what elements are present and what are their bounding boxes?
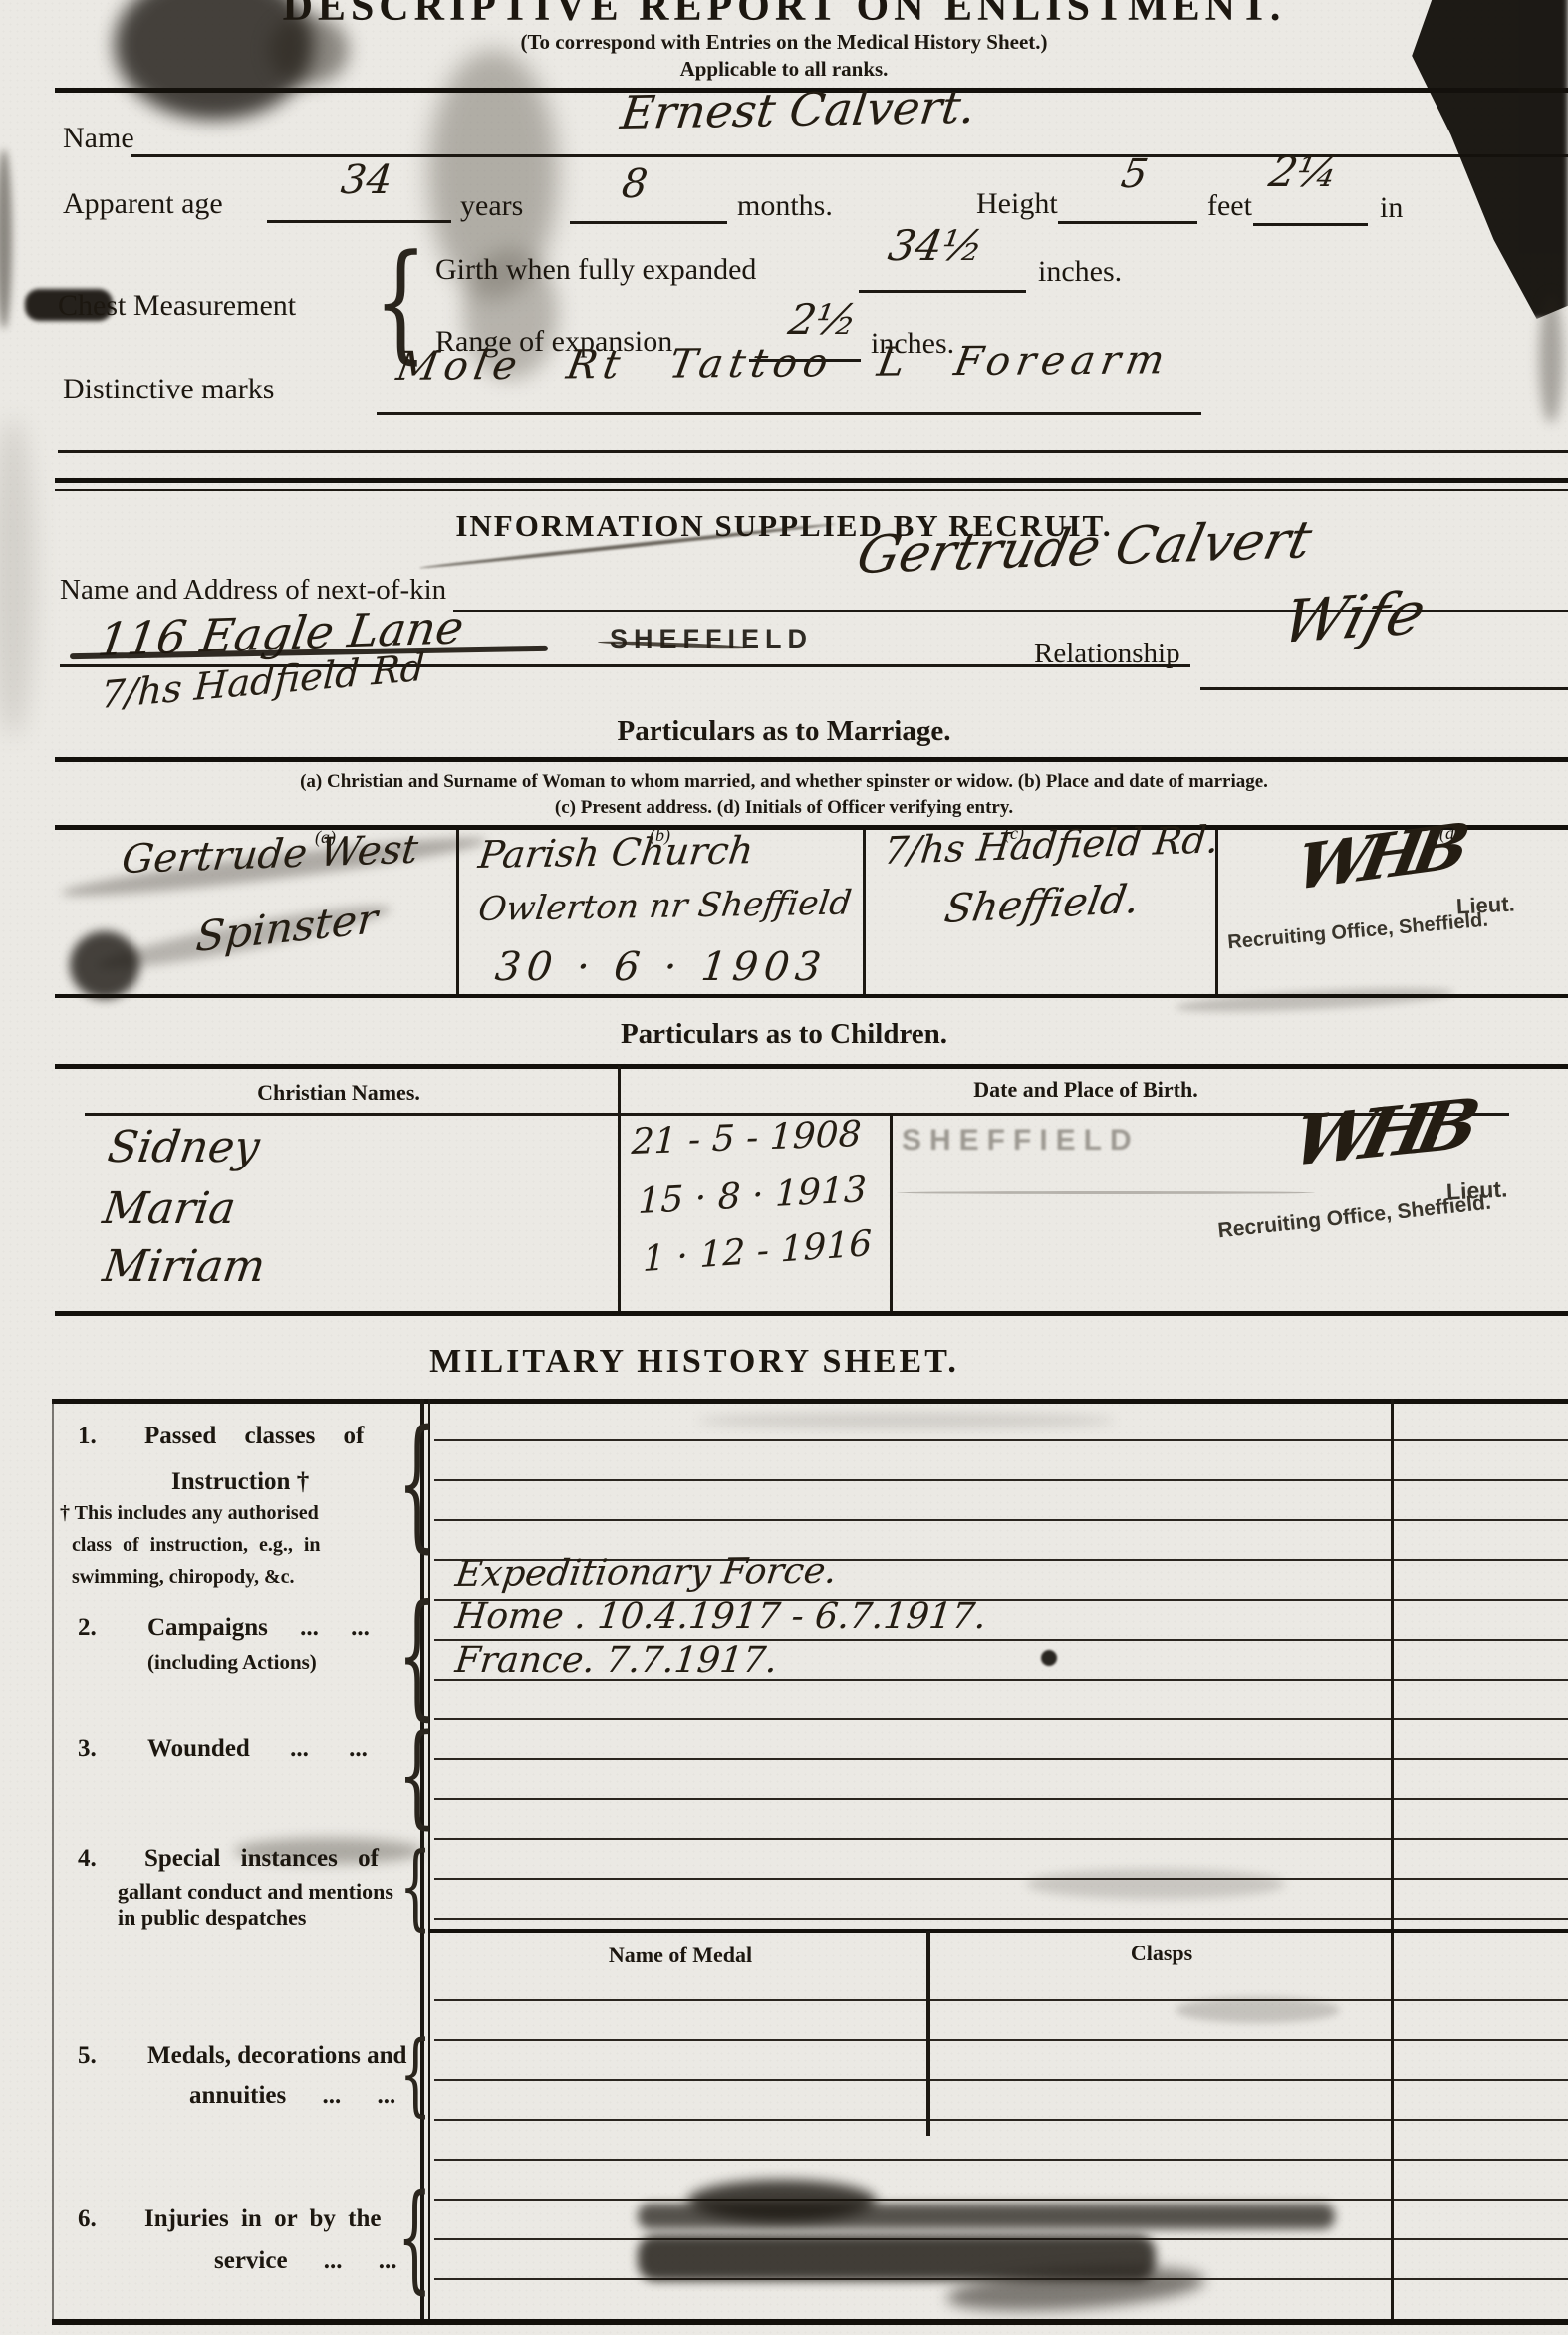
- marks-label: Distinctive marks: [63, 373, 274, 406]
- range-value: 2½: [785, 295, 861, 344]
- item5-num: 5.: [78, 2042, 97, 2070]
- military-bottom-rule: [52, 2319, 1568, 2325]
- form-subtitle: (To correspond with Entries on the Medic…: [0, 30, 1568, 55]
- military-left-border: [52, 1399, 54, 2323]
- item3-label: Wounded ... ...: [147, 1735, 368, 1763]
- rule: [55, 1064, 1568, 1069]
- campaign-entry: France. 7.7.1917.: [453, 1640, 779, 1681]
- item1-label2: Instruction †: [171, 1468, 309, 1496]
- marriage-title: Particulars as to Marriage.: [0, 715, 1568, 748]
- ink-dot: [1041, 1650, 1057, 1666]
- marks-value: Mole Rt Tattoo L Forearm: [393, 337, 1174, 389]
- faint-dashed-line: [897, 1191, 1315, 1194]
- ruled-line: [434, 1999, 1568, 2001]
- military-right-divider: [1391, 1399, 1394, 2323]
- relationship-value: Wife: [1275, 579, 1433, 657]
- form-title: DESCRIPTIVE REPORT ON ENLISTMENT.: [0, 0, 1568, 31]
- months-label: months.: [737, 189, 833, 223]
- footnote-line3: swimming, chiropody, &c.: [72, 1566, 295, 1589]
- child-birth: 21 - 5 - 1908: [631, 1114, 862, 1163]
- item4-brace: {: [399, 1841, 431, 1934]
- rule: [55, 994, 1568, 998]
- child-name: Sidney: [105, 1122, 263, 1172]
- item1-num: 1.: [78, 1423, 97, 1450]
- item1-brace: {: [397, 1411, 436, 1554]
- feet-label: feet: [1207, 189, 1252, 223]
- years-label: years: [460, 189, 523, 223]
- marriage-date: 30 · 6 · 1903: [493, 944, 829, 990]
- item4-num: 4.: [78, 1845, 97, 1873]
- marriage-wife-name: Gertrude West: [120, 827, 420, 883]
- ruled-line: [434, 1838, 1568, 1840]
- campaign-entry: Expeditionary Force.: [453, 1551, 839, 1595]
- item6-num: 6.: [78, 2205, 97, 2233]
- children-title: Particulars as to Children.: [0, 1018, 1568, 1051]
- rule: [55, 489, 1568, 491]
- age-years-line: [267, 220, 451, 223]
- scan-corner-tail: [1539, 294, 1563, 423]
- girth-value: 34½: [885, 221, 987, 270]
- faint-ghost-text: [697, 1413, 1116, 1428]
- ruled-line: [434, 1798, 1568, 1800]
- faint-stamp-remnant: [1026, 1869, 1285, 1899]
- item5-label: Medals, decorations and: [147, 2042, 406, 2070]
- ruled-line: [434, 2039, 1568, 2041]
- item6-label2: service ... ...: [214, 2247, 397, 2275]
- enlistment-form-scan: DESCRIPTIVE REPORT ON ENLISTMENT. (To co…: [0, 0, 1568, 2335]
- medal-name-header: Name of Medal: [434, 1943, 926, 1968]
- girth-line: [859, 290, 1026, 293]
- rule: [55, 757, 1568, 762]
- item4-label3: in public despatches: [118, 1905, 307, 1931]
- child-name: Miriam: [100, 1241, 268, 1292]
- campaign-entry: Home . 10.4.1917 - 6.7.1917.: [453, 1596, 988, 1637]
- child-name: Maria: [100, 1183, 239, 1234]
- age-months-line: [570, 221, 727, 224]
- item2-label2: (including Actions): [147, 1650, 317, 1675]
- medal-table-top-rule: [428, 1929, 1568, 1933]
- name-label: Name: [63, 122, 134, 155]
- child-birth: 1 · 12 - 1916: [643, 1223, 872, 1280]
- item6-brace: {: [397, 2180, 432, 2297]
- children-date-divider: [890, 1114, 893, 1313]
- ruled-line: [434, 1718, 1568, 1720]
- marks-line: [377, 412, 1201, 415]
- ruled-line: [434, 2119, 1568, 2121]
- marriage-wife-status: Spinster: [194, 895, 379, 961]
- height-feet-line: [1058, 221, 1197, 224]
- item3-num: 3.: [78, 1735, 97, 1763]
- ruled-line: [434, 1758, 1568, 1760]
- ruled-line: [434, 2159, 1568, 2161]
- marriage-col-divider: [456, 830, 459, 996]
- chest-label: Chest Measurement: [58, 289, 296, 323]
- children-col-divider: [618, 1066, 621, 1313]
- footnote-line1: † This includes any authorised: [60, 1502, 319, 1525]
- girth-label: Girth when fully expanded: [435, 253, 756, 287]
- ruled-line: [434, 1439, 1568, 1441]
- ruled-line: [434, 2079, 1568, 2081]
- ruled-line: [434, 1918, 1568, 1920]
- marriage-note2: (c) Present address. (d) Initials of Off…: [0, 797, 1568, 819]
- footnote-line2: class of instruction, e.g., in: [72, 1534, 321, 1557]
- height-inches-value: 2¼: [1265, 147, 1343, 196]
- item4-label: Special instances of: [144, 1845, 379, 1873]
- item2-label: Campaigns ... ...: [147, 1614, 370, 1642]
- rule: [52, 1399, 1568, 1404]
- ink-blot: [70, 931, 139, 999]
- item6-label: Injuries in or by the: [144, 2205, 381, 2233]
- rule: [55, 478, 1568, 483]
- item4-label2: gallant conduct and mentions: [118, 1879, 393, 1905]
- item1-label: Passed classes of: [144, 1423, 364, 1450]
- marriage-note1: (a) Christian and Surname of Woman to wh…: [0, 771, 1568, 793]
- girth-unit: inches.: [1038, 255, 1122, 289]
- item3-brace: {: [397, 1719, 436, 1831]
- relationship-line: [1200, 687, 1568, 690]
- rule: [55, 1311, 1568, 1316]
- edge-mark: [0, 418, 35, 737]
- recruiting-office-stamp: Recruiting Office, Sheffield.: [1216, 1191, 1491, 1244]
- military-title: MILITARY HISTORY SHEET.: [0, 1343, 1478, 1381]
- ruled-line: [434, 2199, 1568, 2201]
- sheffield-stamp: SHEFFIELD: [610, 624, 813, 654]
- blackout-smear: [638, 2204, 1335, 2229]
- age-years-value: 34: [339, 157, 394, 203]
- height-inches-line: [1253, 223, 1368, 226]
- marriage-address-2: Sheffield.: [941, 877, 1143, 932]
- item5-label2: annuities ... ...: [189, 2082, 395, 2110]
- height-feet-value: 5: [1118, 151, 1152, 197]
- recruiting-office-stamp: Recruiting Office, Sheffield.: [1226, 909, 1488, 955]
- marriage-place-2: Owlerton nr Sheffield: [476, 883, 854, 929]
- form-subtitle2: Applicable to all ranks.: [0, 57, 1568, 82]
- item5-brace: {: [399, 2030, 431, 2120]
- child-birth: 15 · 8 · 1913: [638, 1169, 867, 1222]
- ruled-line: [434, 1479, 1568, 1481]
- relationship-label: Relationship: [1034, 638, 1180, 670]
- apparent-age-label: Apparent age: [63, 187, 223, 221]
- ruled-line: [434, 1519, 1568, 1521]
- edge-mark: [0, 149, 12, 329]
- recruit-section-title: INFORMATION SUPPLIED BY RECRUIT.: [0, 508, 1568, 544]
- item2-brace: {: [397, 1586, 436, 1722]
- item2-num: 2.: [78, 1614, 97, 1642]
- height-label: Height: [976, 187, 1058, 221]
- children-names-header: Christian Names.: [90, 1080, 588, 1106]
- marriage-col-divider: [863, 830, 866, 996]
- ruled-line: [434, 1878, 1568, 1880]
- age-months-value: 8: [620, 161, 650, 207]
- medal-clasps-header: Clasps: [930, 1941, 1393, 1966]
- inches-label: in: [1380, 191, 1403, 225]
- rule: [58, 450, 1568, 453]
- name-value: Ernest Calvert.: [618, 80, 978, 139]
- sheffield-stamp-faint: SHEFFIELD: [902, 1124, 1140, 1158]
- marriage-place-1: Parish Church: [476, 828, 756, 877]
